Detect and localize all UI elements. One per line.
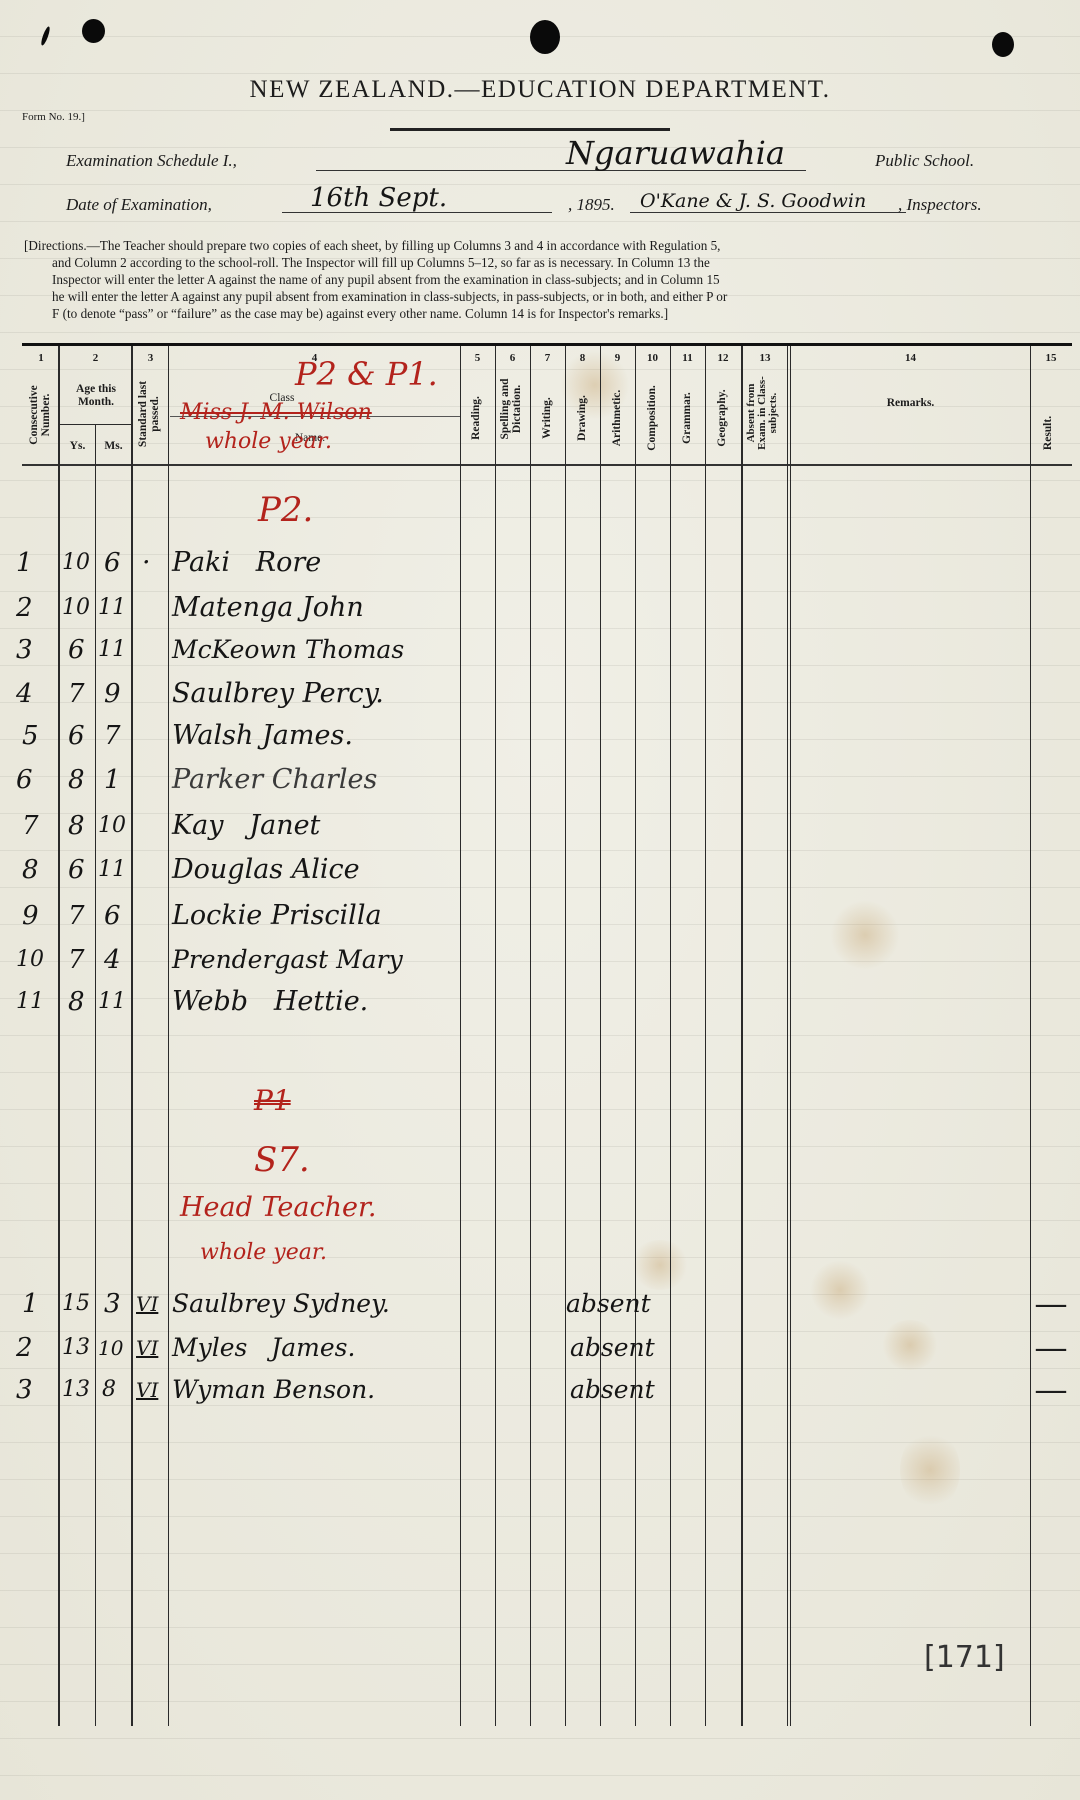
teacher-note: whole year. (205, 429, 332, 454)
inspector-line (630, 212, 906, 213)
standard-passed: VI (136, 1372, 158, 1408)
col-divider (741, 346, 743, 1726)
pupil-name: Webb Hettie. (172, 984, 368, 1020)
table-top-border (22, 343, 1072, 346)
age-years: 8 (68, 762, 85, 798)
directions-line: he will enter the letter A against any p… (24, 288, 1074, 305)
row-number: 7 (22, 808, 39, 844)
col-divider (670, 346, 671, 1726)
punch-hole-right (992, 32, 1014, 57)
inspector-names: O'Kane & J. S. Goodwin (640, 190, 866, 212)
remark-absent: absent (566, 1286, 651, 1322)
row-number: 2 (16, 590, 33, 626)
col-header-absent: Absent from Exam. in Class-subjects. (746, 368, 779, 458)
col-header-standard: Standard last passed. (137, 370, 161, 458)
age-months: 7 (104, 718, 121, 754)
section-teacher: Head Teacher. (180, 1192, 377, 1223)
age-years: 8 (68, 984, 85, 1020)
row-number: 1 (22, 1286, 39, 1322)
row-number: 4 (16, 676, 33, 712)
standard-passed: VI (136, 1330, 158, 1366)
age-years: 8 (68, 808, 85, 844)
inspector-suffix: , Inspectors. (898, 195, 982, 215)
directions-paragraph: [Directions.—The Teacher should prepare … (24, 237, 1074, 322)
paper-stain (880, 1320, 940, 1370)
col-header-grammar: Grammar. (681, 378, 693, 458)
age-months: 10 (98, 1330, 123, 1366)
punch-hole-center (530, 20, 560, 54)
col-divider (495, 346, 496, 1726)
paper-stain (830, 900, 900, 970)
pupil-name: McKeown Thomas (172, 632, 404, 668)
paper-stain (630, 1240, 690, 1290)
age-years: 10 (62, 545, 90, 581)
schedule-label: Examination Schedule I., (66, 151, 237, 171)
col-num-9: 9 (600, 352, 635, 364)
col-num-12: 12 (705, 352, 741, 364)
col-num-13: 13 (743, 352, 787, 364)
remark-absent: absent (570, 1330, 655, 1366)
section-note: whole year. (200, 1240, 327, 1265)
col-num-1: 1 (24, 352, 58, 364)
col-header-geography: Geography. (716, 378, 728, 458)
col-divider (600, 346, 601, 1726)
col-num-10: 10 (635, 352, 670, 364)
row-number: 9 (22, 898, 39, 934)
col-num-15: 15 (1031, 352, 1071, 364)
header-bottom-border (22, 464, 1072, 466)
col-num-2: 2 (60, 352, 131, 364)
row-number: 8 (22, 852, 39, 888)
page-number: [171] (924, 1640, 1005, 1675)
col-divider (530, 346, 531, 1726)
age-years: 6 (68, 718, 85, 754)
class-handwritten: P2 & P1. (295, 355, 438, 393)
col-num-5: 5 (460, 352, 495, 364)
row-number: 1 (16, 545, 33, 581)
col-divider (635, 346, 636, 1726)
col-divider (1030, 346, 1031, 1726)
pupil-name: Kay Janet (172, 808, 320, 844)
pupil-name: Myles James. (172, 1330, 355, 1366)
row-number: 2 (16, 1330, 33, 1366)
result-dash: — (1036, 1372, 1066, 1408)
col-header-age: Age this Month. (62, 383, 130, 409)
punch-hole-left (82, 19, 105, 43)
col-header-remarks: Remarks. (791, 397, 1030, 410)
age-months: 11 (98, 632, 126, 668)
directions-line: [Directions.—The Teacher should prepare … (24, 237, 1074, 254)
standard-passed: VI (136, 1286, 158, 1322)
row-number: 3 (16, 1372, 33, 1408)
age-years: 7 (68, 898, 85, 934)
age-months: 11 (98, 984, 126, 1020)
col-header-composition: Composition. (646, 378, 658, 458)
col-header-reading: Reading. (470, 378, 482, 458)
row-number: 5 (22, 718, 39, 754)
pupil-name: Saulbrey Percy. (172, 676, 384, 712)
col-header-months: Ms. (96, 440, 131, 453)
pupil-name: Parker Charles (172, 762, 377, 798)
paper-stain (900, 1430, 960, 1510)
date-value: 16th Sept. (310, 183, 447, 213)
col-header-result: Result. (1042, 408, 1054, 458)
date-label: Date of Examination, (66, 195, 212, 215)
age-years: 6 (68, 632, 85, 668)
directions-line: Inspector will enter the letter A agains… (24, 271, 1074, 288)
age-months: 8 (102, 1372, 116, 1408)
age-months: 3 (104, 1286, 121, 1322)
col-num-6: 6 (495, 352, 530, 364)
school-name: Ngaruawahia (566, 134, 785, 172)
age-years: 13 (62, 1330, 90, 1366)
age-months: 9 (104, 676, 121, 712)
col-divider (58, 346, 60, 1726)
paper-stain (810, 1260, 870, 1320)
row-number: 3 (16, 632, 33, 668)
age-years: 13 (62, 1372, 90, 1408)
pupil-name: Prendergast Mary (172, 942, 403, 978)
col-header-consecutive-number: Consecutive Number. (28, 370, 52, 460)
pupil-name: Matenga John (172, 590, 364, 626)
exam-year: , 1895. (568, 195, 615, 215)
pupil-name: Saulbrey Sydney. (172, 1286, 390, 1322)
col-num-3: 3 (133, 352, 168, 364)
col-header-drawing: Drawing. (576, 378, 588, 458)
col-num-14: 14 (791, 352, 1030, 364)
age-months: 11 (98, 852, 126, 888)
directions-line: and Column 2 according to the school-rol… (24, 254, 1074, 271)
teacher-handwritten: Miss J. M. Wilson (180, 400, 372, 425)
col-divider (460, 346, 461, 1726)
row-number: 6 (16, 762, 33, 798)
age-years: 6 (68, 852, 85, 888)
col-header-arithmetic: Arithmetic. (611, 378, 623, 458)
col-header-years: Ys. (60, 440, 95, 453)
pupil-name: Walsh James. (172, 718, 353, 754)
col-num-11: 11 (670, 352, 705, 364)
age-months: 10 (98, 808, 126, 844)
remark-absent: absent (570, 1372, 655, 1408)
col-header-writing: Writing. (541, 378, 553, 458)
section-heading-p2: P2. (258, 490, 313, 530)
col-num-7: 7 (530, 352, 565, 364)
result-dash: — (1036, 1330, 1066, 1366)
pupil-name: Paki Rore (172, 545, 321, 581)
col-divider (790, 346, 791, 1726)
section-heading-struck: P1 (254, 1084, 291, 1117)
standard-passed: · (142, 545, 151, 581)
col-num-8: 8 (565, 352, 600, 364)
punch-hole-left-mark (40, 26, 52, 47)
age-subheader-line (60, 424, 131, 425)
col-divider (565, 346, 566, 1726)
section-heading-s7: S7. (254, 1140, 310, 1180)
document-title: NEW ZEALAND.—EDUCATION DEPARTMENT. (0, 76, 1080, 104)
age-months: 11 (98, 590, 126, 626)
col-divider (131, 346, 133, 1726)
col-divider (787, 346, 788, 1726)
age-months: 6 (104, 545, 121, 581)
col-divider (168, 346, 169, 1726)
col-divider (95, 424, 96, 1726)
col-divider (705, 346, 706, 1726)
age-months: 6 (104, 898, 121, 934)
row-number: 11 (16, 984, 44, 1020)
result-dash: — (1036, 1286, 1066, 1322)
title-underline (390, 128, 670, 131)
age-months: 1 (104, 762, 121, 798)
age-years: 7 (68, 676, 85, 712)
form-number: Form No. 19.] (22, 111, 85, 123)
age-months: 4 (104, 942, 121, 978)
pupil-name: Douglas Alice (172, 852, 360, 888)
age-years: 7 (68, 942, 85, 978)
age-years: 10 (62, 590, 90, 626)
school-suffix: Public School. (875, 151, 974, 171)
pupil-name: Lockie Priscilla (172, 898, 382, 934)
row-number: 10 (16, 942, 44, 978)
col-header-spelling: Spelling and Dictation. (499, 370, 523, 448)
pupil-name: Wyman Benson. (172, 1372, 375, 1408)
directions-line: F (to denote “pass” or “failure” as the … (24, 305, 1074, 322)
age-years: 15 (62, 1286, 90, 1322)
